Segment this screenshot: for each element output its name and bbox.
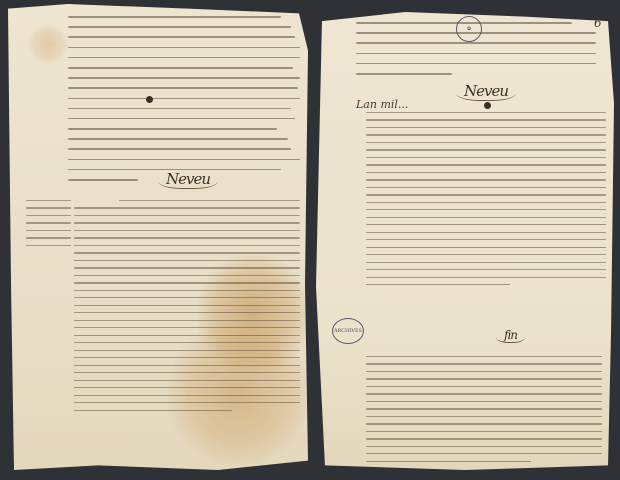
- right-upper-text-block: [356, 22, 596, 83]
- left-upper-text-block: [68, 16, 300, 189]
- left-lower-text-block: [74, 200, 300, 417]
- right-lower-text-block: [366, 356, 602, 468]
- right-middle-text-block: [366, 112, 606, 292]
- stain: [28, 24, 68, 64]
- archive-stamp: ARCHIVES: [332, 318, 364, 344]
- right-page: 6 ✿ Neveu Lan mil... ARCHIVES fin: [316, 12, 614, 470]
- section-heading: Lan mil...: [356, 98, 408, 111]
- signature: Neveu: [456, 82, 516, 101]
- margin-note: [26, 200, 71, 252]
- signature-lower: fin: [496, 328, 525, 343]
- signature: Neveu: [158, 170, 218, 189]
- left-page: Neveu: [8, 4, 308, 470]
- punch-hole: [484, 102, 491, 109]
- punch-hole: [146, 96, 153, 103]
